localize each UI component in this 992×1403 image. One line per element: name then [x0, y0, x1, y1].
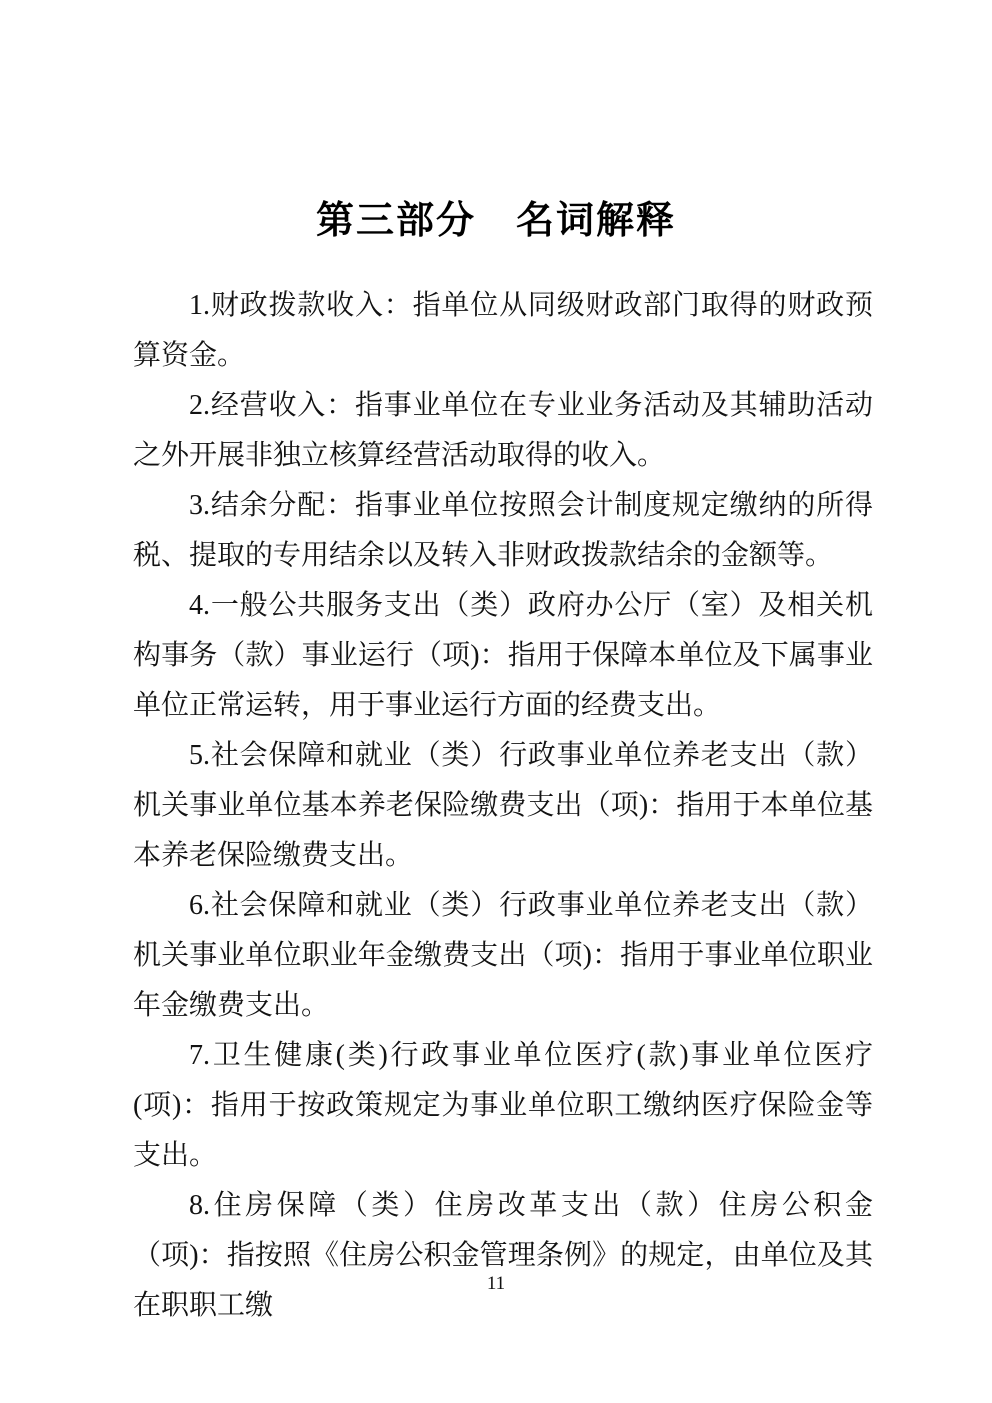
section-title: 第三部分 名词解释: [0, 199, 992, 243]
definition-paragraph-1: 1.财政拨款收入：指单位从同级财政部门取得的财政预算资金。: [133, 281, 873, 381]
definition-paragraph-2: 2.经营收入：指事业单位在专业业务活动及其辅助活动之外开展非独立核算经营活动取得…: [133, 381, 873, 481]
definition-paragraph-3: 3.结余分配：指事业单位按照会计制度规定缴纳的所得税、提取的专用结余以及转入非财…: [133, 481, 873, 581]
document-body: 1.财政拨款收入：指单位从同级财政部门取得的财政预算资金。 2.经营收入：指事业…: [133, 281, 873, 1331]
definition-paragraph-8: 8.住房保障（类）住房改革支出（款）住房公积金（项)：指按照《住房公积金管理条例…: [133, 1181, 873, 1331]
definition-paragraph-5: 5.社会保障和就业（类）行政事业单位养老支出（款）机关事业单位基本养老保险缴费支…: [133, 731, 873, 881]
definition-paragraph-7: 7.卫生健康(类)行政事业单位医疗(款)事业单位医疗(项)：指用于按政策规定为事…: [133, 1031, 873, 1181]
page-number: 11: [0, 1272, 992, 1296]
definition-paragraph-6: 6.社会保障和就业（类）行政事业单位养老支出（款）机关事业单位职业年金缴费支出（…: [133, 881, 873, 1031]
document-page: 第三部分 名词解释 1.财政拨款收入：指单位从同级财政部门取得的财政预算资金。 …: [0, 0, 992, 1403]
definition-paragraph-4: 4.一般公共服务支出（类）政府办公厅（室）及相关机构事务（款）事业运行（项)：指…: [133, 581, 873, 731]
